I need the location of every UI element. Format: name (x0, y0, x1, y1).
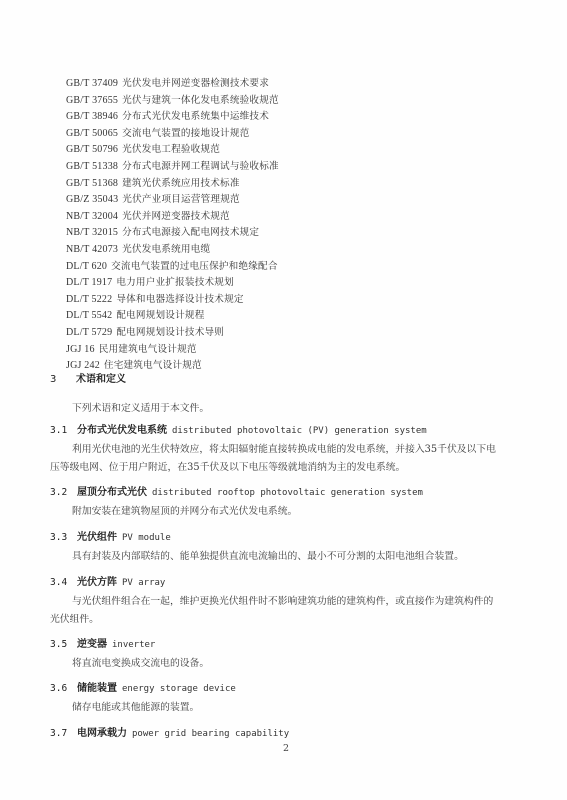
reference-title: 电力用户业扩报装技术规划 (116, 277, 234, 288)
reference-title: 光伏产业项目运营管理规范 (122, 194, 240, 205)
term-english: distributed rooftop photovoltaic generat… (152, 488, 423, 498)
term-english: energy storage device (122, 684, 236, 694)
term-chinese: 分布式光伏发电系统 (77, 425, 167, 436)
section-title: 术语和定义 (76, 374, 126, 385)
reference-item: DL/T 5222导体和电器选择设计技术规定 (66, 292, 279, 309)
term-chinese: 逆变器 (77, 639, 107, 650)
reference-title: 光伏并网逆变器技术规范 (122, 211, 230, 222)
term-english: power grid bearing capability (132, 729, 289, 739)
reference-item: GB/T 51338分布式电源并网工程调试与验收标准 (66, 159, 279, 176)
reference-title: 交流电气装置的接地设计规范 (122, 128, 249, 139)
reference-code: GB/T 37655 (66, 95, 118, 106)
term-number: 3.2 (50, 487, 77, 498)
term-definition: 附加安装在建筑物屋顶的并网分布式光伏发电系统。 (50, 503, 510, 521)
reference-title: 配电网规划设计规程 (116, 310, 204, 321)
section-intro: 下列术语和定义适用于本文件。 (50, 400, 510, 418)
section-number: 3 (50, 374, 76, 385)
term-heading: 3.5逆变器inverter (50, 635, 155, 650)
page-number: 2 (283, 743, 289, 754)
reference-title: 建筑光伏系统应用技术标准 (122, 178, 240, 189)
reference-item: GB/T 37655光伏与建筑一体化发电系统验收规范 (66, 93, 279, 110)
term-number: 3.5 (50, 639, 77, 650)
reference-item: NB/T 42073光伏发电系统用电缆 (66, 242, 279, 259)
term-heading: 3.7电网承载力power grid bearing capability (50, 724, 289, 739)
reference-item: GB/Z 35043光伏产业项目运营管理规范 (66, 192, 279, 209)
reference-code: NB/T 32004 (66, 211, 118, 222)
reference-title: 配电网规划设计技术导则 (116, 327, 224, 338)
term-heading: 3.3光伏组件PV module (50, 528, 171, 543)
reference-code: DL/T 5222 (66, 294, 112, 305)
term-chinese: 光伏组件 (77, 532, 117, 543)
reference-item: GB/T 37409光伏发电并网逆变器检测技术要求 (66, 76, 279, 93)
reference-item: GB/T 38946分布式光伏发电系统集中运维技术 (66, 109, 279, 126)
term-chinese: 光伏方阵 (77, 577, 117, 588)
normative-references-list: GB/T 37409光伏发电并网逆变器检测技术要求 GB/T 37655光伏与建… (66, 76, 279, 375)
reference-code: GB/T 50065 (66, 128, 118, 139)
reference-code: GB/T 51338 (66, 161, 118, 172)
reference-item: DL/T 5729配电网规划设计技术导则 (66, 325, 279, 342)
reference-code: GB/T 51368 (66, 178, 118, 189)
reference-code: GB/Z 35043 (66, 194, 118, 205)
term-heading: 3.1分布式光伏发电系统distributed photovoltaic (PV… (50, 421, 427, 436)
reference-code: NB/T 42073 (66, 244, 118, 255)
term-chinese: 储能装置 (77, 683, 117, 694)
term-english: inverter (112, 640, 155, 650)
reference-code: DL/T 5542 (66, 310, 112, 321)
term-definition: 储存电能或其他能源的装置。 (50, 699, 510, 717)
reference-item: NB/T 32015分布式电源接入配电网技术规定 (66, 225, 279, 242)
reference-title: 民用建筑电气设计规范 (99, 344, 197, 355)
reference-title: 分布式电源接入配电网技术规定 (122, 227, 259, 238)
reference-item: GB/T 50065交流电气装置的接地设计规范 (66, 126, 279, 143)
reference-item: JGJ 16民用建筑电气设计规范 (66, 342, 279, 359)
reference-item: DL/T 1917电力用户业扩报装技术规划 (66, 275, 279, 292)
term-definition: 具有封装及内部联结的、能单独提供直流电流输出的、最小不可分割的太阳电池组合装置。 (50, 548, 510, 566)
reference-item: GB/T 50796光伏发电工程验收规范 (66, 142, 279, 159)
term-english: PV module (122, 533, 171, 543)
reference-code: GB/T 50796 (66, 144, 118, 155)
section-heading: 3术语和定义 (50, 370, 126, 385)
term-definition: 利用光伏电池的光生伏特效应，将太阳辐射能直接转换成电能的发电系统，并接入35千伏… (50, 441, 502, 477)
term-number: 3.3 (50, 532, 77, 543)
reference-title: 导体和电器选择设计技术规定 (116, 294, 243, 305)
reference-code: NB/T 32015 (66, 227, 118, 238)
term-chinese: 屋顶分布式光伏 (77, 487, 147, 498)
reference-code: DL/T 620 (66, 261, 107, 272)
term-number: 3.6 (50, 683, 77, 694)
term-number: 3.1 (50, 425, 77, 436)
document-page: GB/T 37409光伏发电并网逆变器检测技术要求 GB/T 37655光伏与建… (0, 0, 567, 800)
term-definition: 与光伏组件组合在一起，维护更换光伏组件时不影响建筑功能的建筑构件，或直接作为建筑… (50, 593, 502, 629)
reference-title: 分布式电源并网工程调试与验收标准 (122, 161, 279, 172)
reference-code: GB/T 38946 (66, 111, 118, 122)
term-definition: 将直流电变换成交流电的设备。 (50, 655, 510, 673)
term-heading: 3.4光伏方阵PV array (50, 573, 165, 588)
reference-title: 分布式光伏发电系统集中运维技术 (122, 111, 269, 122)
term-english: PV array (122, 578, 165, 588)
term-heading: 3.6储能装置energy storage device (50, 679, 236, 694)
reference-code: DL/T 5729 (66, 327, 112, 338)
reference-title: 光伏与建筑一体化发电系统验收规范 (122, 95, 279, 106)
reference-item: DL/T 620交流电气装置的过电压保护和绝缘配合 (66, 259, 279, 276)
reference-code: DL/T 1917 (66, 277, 112, 288)
term-english: distributed photovoltaic (PV) generation… (172, 426, 427, 436)
reference-title: 光伏发电并网逆变器检测技术要求 (122, 78, 269, 89)
reference-title: 交流电气装置的过电压保护和绝缘配合 (111, 261, 278, 272)
reference-title: 光伏发电系统用电缆 (122, 244, 210, 255)
term-number: 3.4 (50, 577, 77, 588)
reference-item: DL/T 5542配电网规划设计规程 (66, 308, 279, 325)
reference-item: GB/T 51368建筑光伏系统应用技术标准 (66, 176, 279, 193)
reference-title: 光伏发电工程验收规范 (122, 144, 220, 155)
term-heading: 3.2屋顶分布式光伏distributed rooftop photovolta… (50, 483, 423, 498)
term-number: 3.7 (50, 728, 77, 739)
reference-code: JGJ 16 (66, 344, 95, 355)
term-chinese: 电网承载力 (77, 728, 127, 739)
reference-item: NB/T 32004光伏并网逆变器技术规范 (66, 209, 279, 226)
reference-code: GB/T 37409 (66, 78, 118, 89)
